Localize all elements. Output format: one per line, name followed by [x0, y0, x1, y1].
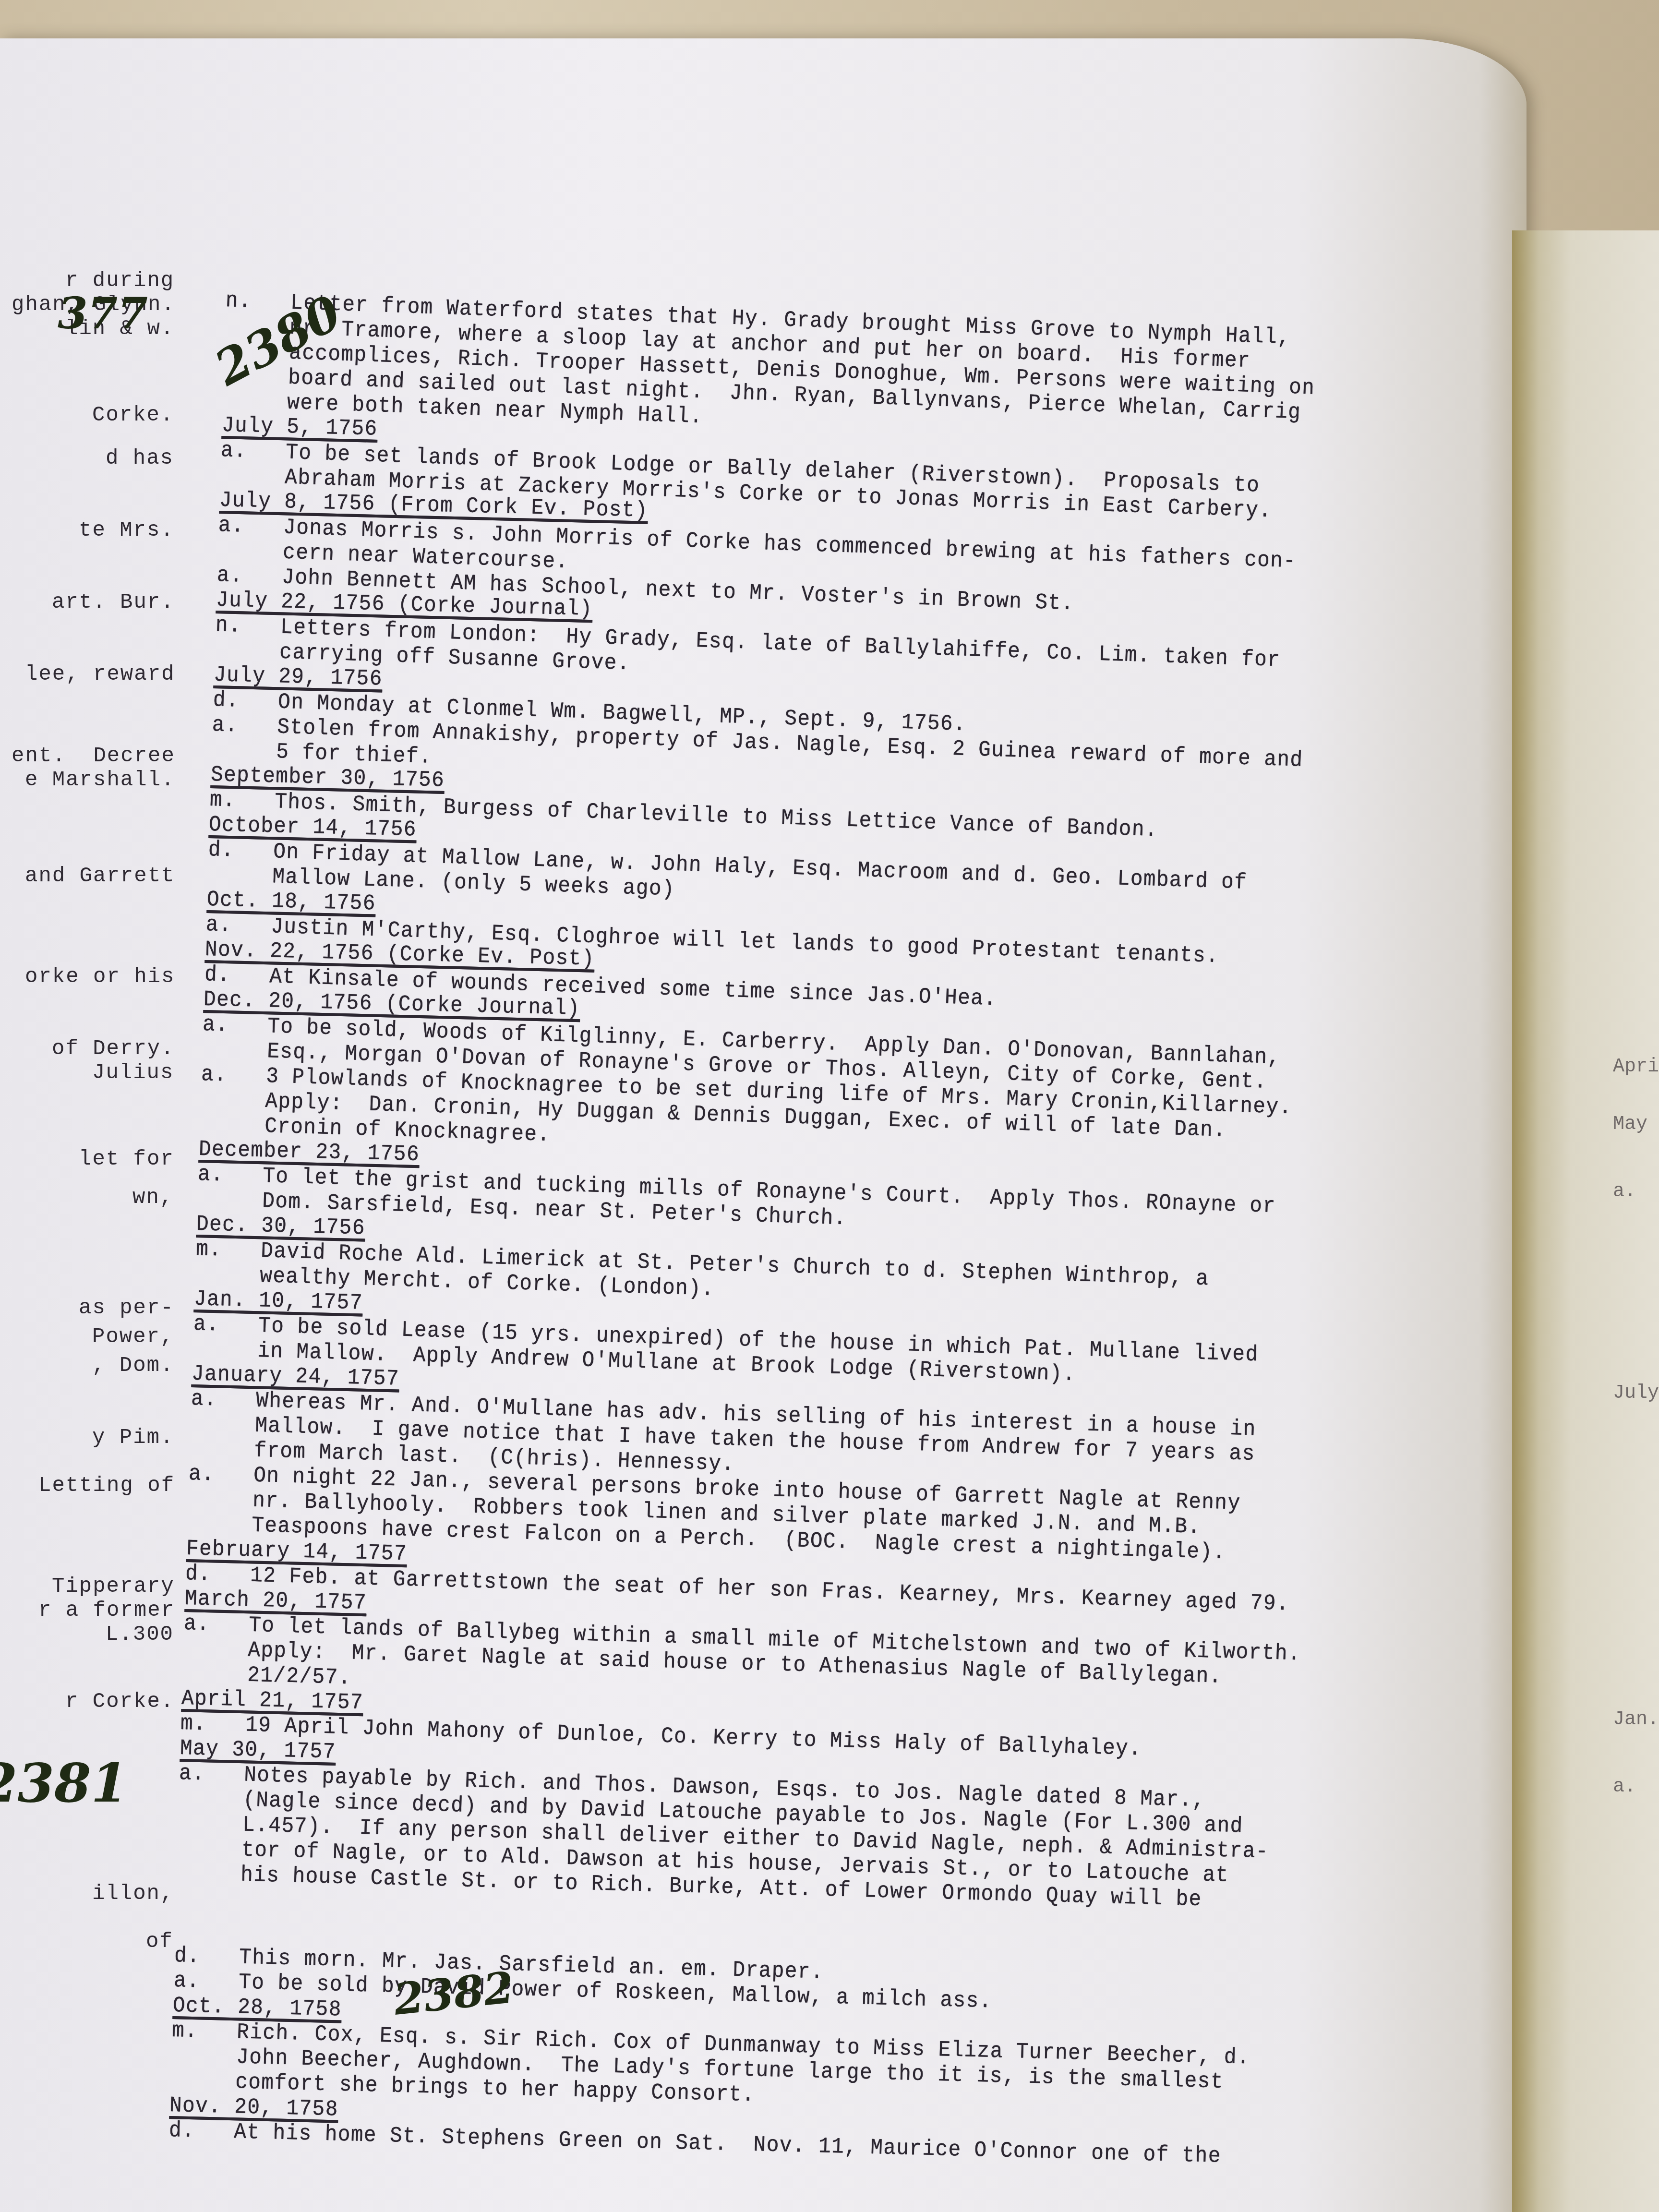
date-heading: Oct. 18, 1756: [206, 887, 376, 916]
date-heading: Nov. 20, 1758: [169, 2093, 339, 2122]
margin-fragment: let for: [79, 1147, 174, 1171]
margin-fragment: as per-: [79, 1296, 174, 1320]
margin-fragment: d has: [106, 446, 174, 470]
handwritten-number-2381: 2381: [0, 1752, 128, 1814]
right-page-fragment: July: [1613, 1382, 1659, 1404]
date-heading: May 30, 1757: [180, 1736, 336, 1765]
margin-fragment: , Dom.: [92, 1354, 174, 1378]
margin-fragment: illon,: [92, 1882, 174, 1906]
right-page-fragment: a.: [1613, 1776, 1636, 1798]
margin-fragment: ent. Decree: [12, 744, 175, 768]
margin-fragment: lee, reward: [25, 662, 175, 686]
margin-fragment: r Corke.: [65, 1690, 174, 1714]
margin-fragment: art. Bur.: [52, 590, 175, 614]
right-page-fragment: May: [1613, 1114, 1647, 1135]
right-page-fragment: a.: [1613, 1181, 1636, 1202]
right-page-fragment: Jan.: [1613, 1709, 1659, 1731]
date-heading: July 5, 1756: [221, 413, 378, 442]
margin-fragment: r a former: [38, 1599, 175, 1623]
margin-fragment: Corke.: [92, 403, 174, 427]
margin-fragment: y Pim.: [92, 1426, 174, 1450]
next-page-edge: [1512, 230, 1659, 2212]
margin-fragment: wn,: [132, 1186, 173, 1210]
entry-line: 21/2/57.: [182, 1661, 351, 1690]
date-heading: Dec. 30, 1756: [196, 1212, 366, 1241]
margin-fragment: and Garrett: [25, 864, 175, 888]
date-heading: Jan. 10, 1757: [194, 1286, 363, 1316]
date-heading: April 21, 1757: [181, 1686, 363, 1715]
margin-fragment: of: [146, 1930, 173, 1954]
margin-fragment: Letting of: [38, 1474, 175, 1498]
margin-fragment: L.300: [106, 1623, 174, 1647]
right-page-fragment: April: [1613, 1056, 1659, 1078]
margin-fragment: Julius: [92, 1061, 174, 1085]
margin-fragment: orke or his: [25, 965, 175, 989]
handwritten-number-377: 377: [58, 288, 148, 339]
margin-fragment: e Marshall.: [25, 768, 175, 792]
date-heading: Oct. 28, 1758: [172, 1993, 342, 2022]
date-heading: July 29, 1756: [214, 662, 383, 692]
margin-fragment: te Mrs.: [79, 518, 174, 542]
margin-fragment: Tipperary: [52, 1575, 175, 1599]
date-heading: March 20, 1757: [184, 1586, 367, 1615]
margin-fragment: of Derry.: [52, 1037, 175, 1061]
margin-fragment: Power,: [92, 1325, 174, 1349]
